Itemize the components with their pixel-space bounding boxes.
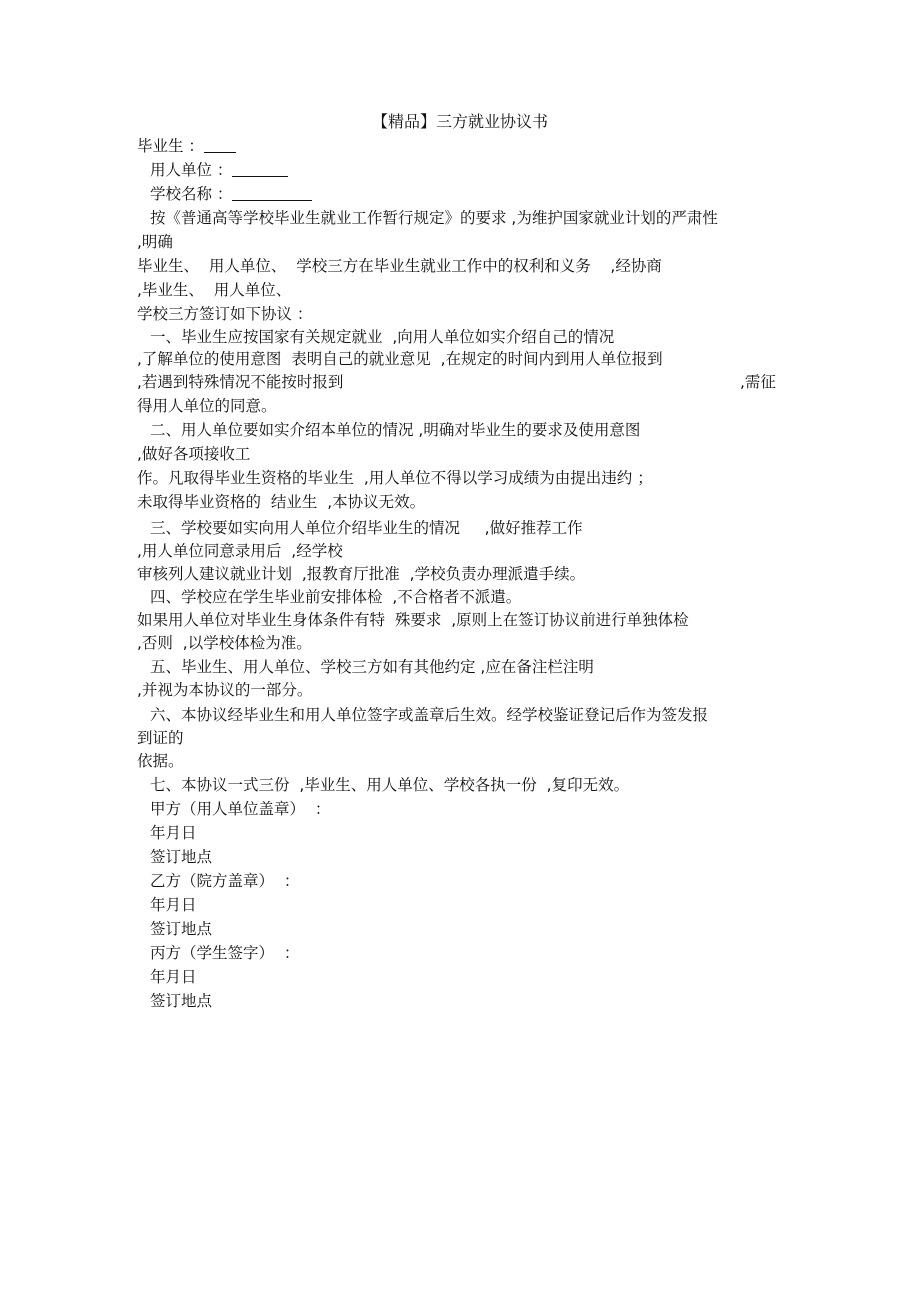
body-line: ,并视为本协议的一部分。 <box>137 679 312 701</box>
body-line: ,了解单位的使用意图 表明自己的就业意见 ,在规定的时间内到用人单位报到 <box>137 348 663 370</box>
body-line: 毕业生、 用人单位、 学校三方在毕业生就业工作中的权利和义务 ,经协商 <box>137 255 662 277</box>
clause-4: 四、学校应在学生毕业前安排体检 ,不合格者不派遣。 <box>150 586 521 608</box>
body-line: ,否则 ,以学校体检为准。 <box>137 632 312 654</box>
signature-party-c: 丙方（学生签字） ： <box>150 942 299 964</box>
body-line: 得用人单位的同意。 <box>137 395 277 417</box>
blank-line <box>204 136 236 153</box>
body-line: 到证的 <box>137 727 184 749</box>
field-label: 毕业生 ： <box>137 137 204 155</box>
signature-date: 年月日 <box>150 822 197 844</box>
signature-date: 年月日 <box>150 894 197 916</box>
clause-1: 一、毕业生应按国家有关规定就业 ,向用人单位如实介绍自己的情况 <box>150 326 614 348</box>
body-line: 作。凡取得毕业生资格的毕业生 ,用人单位不得以学习成绩为由提出违约 ； <box>137 467 653 489</box>
body-line: ,做好各项接收工 <box>137 443 250 465</box>
clause-3: 三、学校要如实向用人单位介绍毕业生的情况 ,做好推荐工作 <box>150 517 583 539</box>
body-line: 如果用人单位对毕业生身体条件有特 殊要求 ,原则上在签订协议前进行单独体检 <box>137 609 689 631</box>
field-label: 用人单位 ： <box>150 161 232 179</box>
body-line: 未取得毕业资格的 结业生 ,本协议无效。 <box>137 491 425 513</box>
field-label: 学校名称 ： <box>150 185 232 203</box>
document-page: 【精品】三方就业协议书 毕业生 ： 用人单位 ： 学校名称 ： 按《普通高等学校… <box>0 0 920 1303</box>
field-graduate: 毕业生 ： <box>137 135 236 157</box>
signature-place: 签订地点 <box>150 846 212 868</box>
body-line: ,毕业生、 用人单位、 <box>137 279 291 301</box>
signature-party-a: 甲方（用人单位盖章） ： <box>150 798 330 820</box>
body-line-right-fragment: ,需征 <box>740 371 776 393</box>
signature-date: 年月日 <box>150 966 197 988</box>
body-line: ,若遇到特殊情况不能按时报到 <box>137 371 343 393</box>
body-line: ,用人单位同意录用后 ,经学校 <box>137 540 343 562</box>
blank-line <box>232 184 312 201</box>
blank-line <box>232 160 288 177</box>
field-employer: 用人单位 ： <box>150 159 288 181</box>
body-line: 依据。 <box>137 750 184 772</box>
signature-party-b: 乙方（院方盖章） ： <box>150 870 299 892</box>
clause-6: 六、本协议经毕业生和用人单位签字或盖章后生效。经学校鉴证登记后作为签发报 <box>150 704 708 726</box>
clause-5: 五、毕业生、用人单位、学校三方如有其他约定 ,应在备注栏注明 <box>150 656 594 678</box>
field-school: 学校名称 ： <box>150 183 312 205</box>
body-line: 学校三方签订如下协议 ： <box>137 303 312 325</box>
signature-place: 签订地点 <box>150 990 212 1012</box>
clause-2: 二、用人单位要如实介绍本单位的情况 ,明确对毕业生的要求及使用意图 <box>150 419 640 441</box>
signature-place: 签订地点 <box>150 918 212 940</box>
body-line: ,明确 <box>137 231 173 253</box>
document-title: 【精品】三方就业协议书 <box>0 111 920 133</box>
body-line: 审核列人建议就业计划 ,报教育厅批准 ,学校负责办理派遣手续。 <box>137 563 585 585</box>
clause-7: 七、本协议一式三份 ,毕业生、用人单位、学校各执一份 ,复印无效。 <box>150 774 629 796</box>
body-line: 按《普通高等学校毕业生就业工作暂行规定》的要求 ,为维护国家就业计划的严肃性 <box>150 207 718 229</box>
